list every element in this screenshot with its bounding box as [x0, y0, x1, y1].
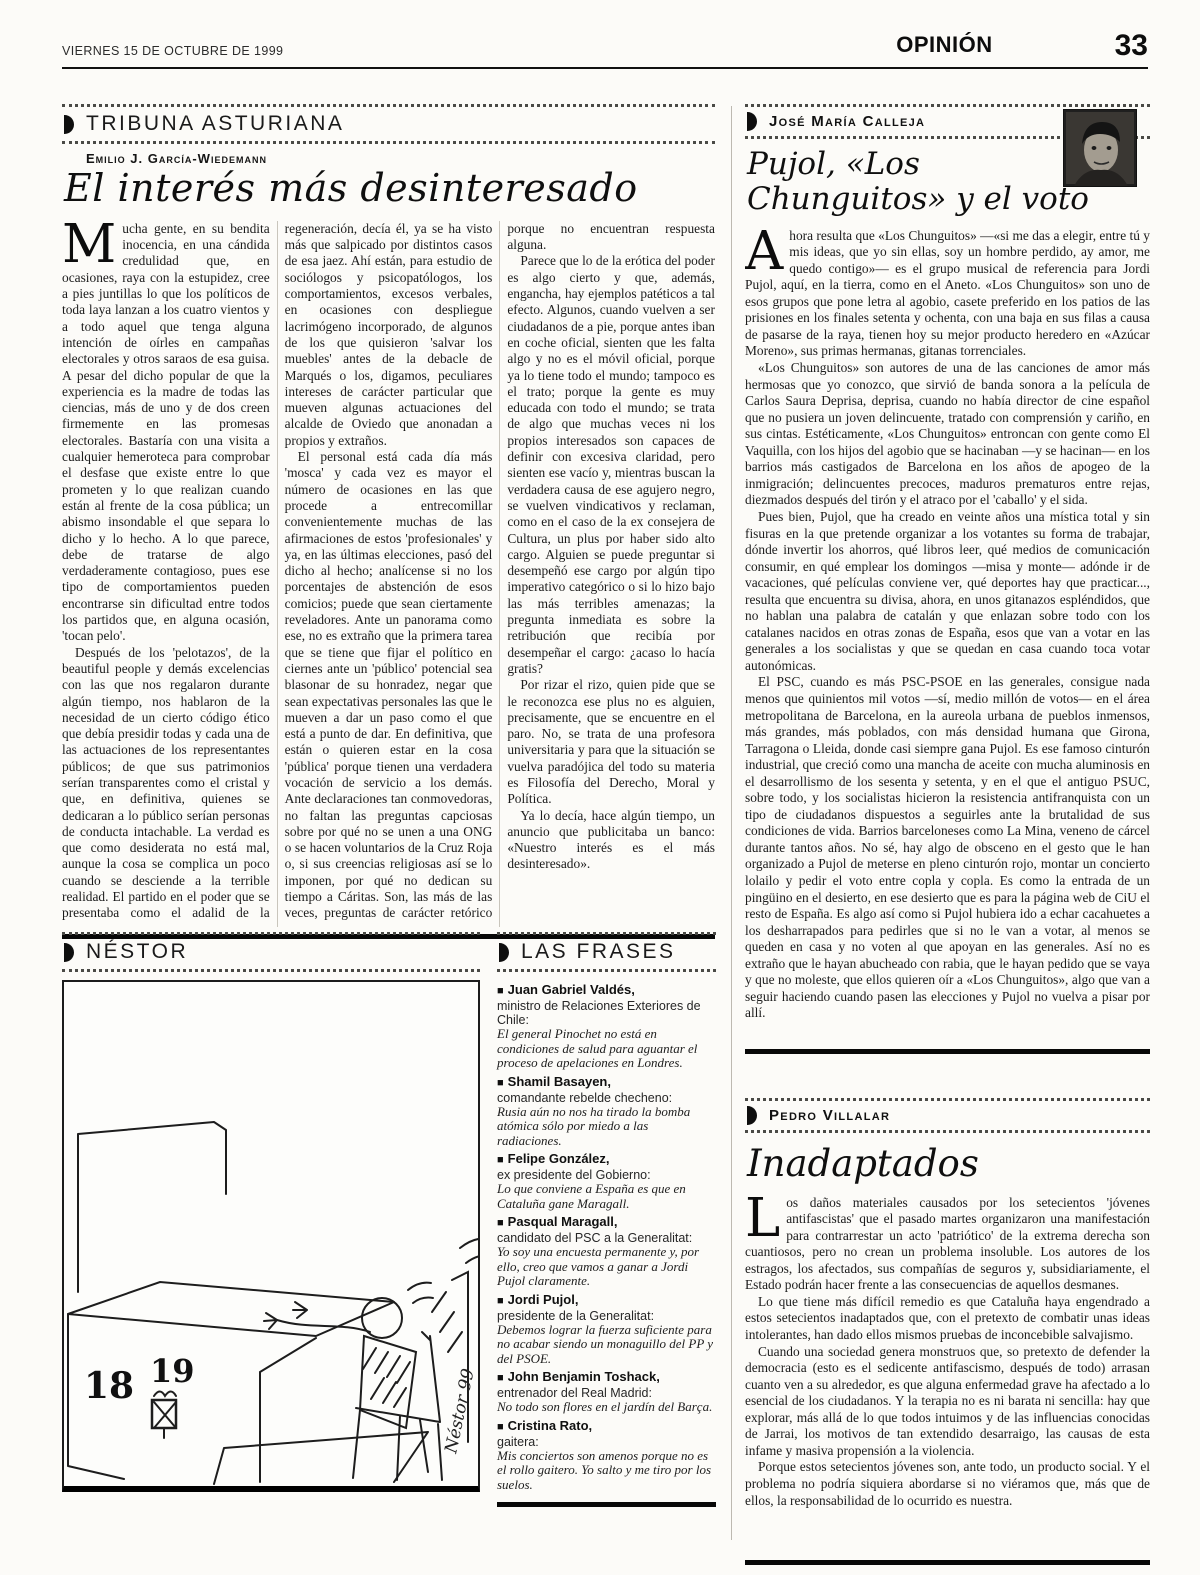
quotes-section: LAS FRASES ■Juan Gabriel Valdés, ministr…: [497, 932, 716, 1507]
kicker-villalar: Pedro Villalar: [745, 1098, 1150, 1133]
paragraph: Cuando una sociedad genera monstruos que…: [745, 1344, 1150, 1460]
article-body-villalar: Los daños materiales causados por los se…: [745, 1195, 1150, 1553]
paragraph: Mucha gente, en su bendita inocencia, en…: [62, 221, 270, 645]
quote-author-name: Pasqual Maragall,: [508, 1214, 618, 1229]
section-bullet-icon: [499, 943, 509, 962]
square-bullet-icon: ■: [497, 1295, 504, 1307]
kicker-label: NÉSTOR: [86, 940, 188, 964]
author-photo: [1064, 110, 1136, 186]
page-date: VIERNES 15 DE OCTUBRE DE 1999: [62, 44, 283, 58]
kicker-calleja-row: José María Calleja: [745, 104, 1150, 139]
headline-line: Pujol, «Los: [747, 146, 920, 182]
cartoonist-signature: Néstor 99: [441, 1367, 478, 1456]
section-and-pagenumber: OPINIÓN 33: [896, 32, 1148, 58]
square-bullet-icon: ■: [497, 1372, 504, 1384]
booth-number-18: 18: [84, 1365, 134, 1407]
page-header: VIERNES 15 DE OCTUBRE DE 1999 OPINIÓN 33: [62, 32, 1148, 69]
newspaper-page: VIERNES 15 DE OCTUBRE DE 1999 OPINIÓN 33…: [0, 0, 1200, 1575]
section-bullet-icon: [747, 1106, 757, 1125]
quote-author-name: Felipe González,: [508, 1151, 610, 1166]
quote-author-name: Cristina Rato,: [508, 1418, 593, 1433]
headline-tribuna: El interés más desinteresado: [64, 169, 715, 209]
quote-item: ■John Benjamin Toshack, entrenador del R…: [497, 1369, 716, 1415]
kicker-nestor: NÉSTOR: [62, 932, 480, 972]
quote-text: No todo son flores en el jardín del Barç…: [497, 1400, 716, 1415]
booth-number-19: 19: [150, 1352, 195, 1390]
quote-author-name: Shamil Basayen,: [508, 1074, 611, 1089]
section-rule: [745, 1049, 1150, 1054]
quote-author: ■Juan Gabriel Valdés,: [497, 982, 716, 999]
paragraph: Pues bien, Pujol, que ha creado en veint…: [745, 509, 1150, 674]
quote-text: Debemos lograr la fuerza suficiente para…: [497, 1323, 716, 1367]
article-body: Mucha gente, en su bendita inocencia, en…: [62, 221, 715, 927]
quote-author-role: presidente de la Generalitat:: [497, 1309, 716, 1323]
kicker-label: LAS FRASES: [521, 940, 676, 964]
quote-item: ■Cristina Rato, gaitera: Mis conciertos …: [497, 1418, 716, 1493]
page-number: 33: [1115, 34, 1148, 58]
opinion-column-region: José María Calleja Pujol, «LosChunguitos…: [745, 104, 1150, 1565]
quote-item: ■Pasqual Maragall, candidato del PSC a l…: [497, 1214, 716, 1289]
column-divider: [731, 106, 732, 1540]
paragraph: Lo que tiene más difícil remedio es que …: [745, 1294, 1150, 1344]
quote-author: ■Pasqual Maragall,: [497, 1214, 716, 1231]
quote-text: Mis conciertos son amenos porque no es e…: [497, 1449, 716, 1493]
paragraph: Ya lo decía, hace algún tiempo, un anunc…: [507, 808, 715, 873]
square-bullet-icon: ■: [497, 1421, 504, 1433]
quote-author: ■Felipe González,: [497, 1151, 716, 1168]
quote-author: ■John Benjamin Toshack,: [497, 1369, 716, 1386]
quote-author-role: candidato del PSC a la Generalitat:: [497, 1231, 716, 1245]
editorial-cartoon: 18 19: [62, 980, 480, 1492]
quote-text: Yo soy una encuesta permanente y, por el…: [497, 1245, 716, 1289]
headline-villalar: Inadaptados: [747, 1145, 1150, 1182]
quote-text: El general Pinochet no está en condicion…: [497, 1027, 716, 1071]
quote-text: Rusia aún no nos ha tirado la bomba atóm…: [497, 1105, 716, 1149]
paragraph: Porque estos setecientos jóvenes son, an…: [745, 1459, 1150, 1509]
square-bullet-icon: ■: [497, 1154, 504, 1166]
quote-author-role: ministro de Relaciones Exteriores de Chi…: [497, 999, 716, 1027]
section-title: OPINIÓN: [896, 32, 992, 58]
section-rule: [497, 1502, 716, 1507]
square-bullet-icon: ■: [497, 1077, 504, 1089]
quote-item: ■Juan Gabriel Valdés, ministro de Relaci…: [497, 982, 716, 1071]
paragraph: «Los Chunguitos» son autores de una de l…: [745, 360, 1150, 509]
kicker-tribuna: TRIBUNA ASTURIANA: [62, 104, 715, 144]
quote-item: ■Jordi Pujol, presidente de la Generalit…: [497, 1292, 716, 1367]
square-bullet-icon: ■: [497, 1217, 504, 1229]
headline-line: Chunguitos» y el voto: [747, 181, 1089, 217]
cartoon-section: NÉSTOR 18: [62, 932, 480, 1492]
paragraph: Parece que lo de la erótica del poder es…: [507, 253, 715, 677]
kicker-las-frases: LAS FRASES: [497, 932, 716, 972]
section-bullet-icon: [64, 115, 74, 134]
square-bullet-icon: ■: [497, 985, 504, 997]
byline-garcia-wiedemann: Emilio J. García-Wiedemann: [86, 151, 715, 166]
quote-item: ■Felipe González, ex presidente del Gobi…: [497, 1151, 716, 1211]
quote-author-name: Juan Gabriel Valdés,: [508, 982, 635, 997]
quote-author-name: John Benjamin Toshack,: [508, 1369, 660, 1384]
kicker-label: TRIBUNA ASTURIANA: [86, 112, 344, 136]
quote-author-name: Jordi Pujol,: [508, 1292, 579, 1307]
paragraph: Ahora resulta que «Los Chunguitos» —«si …: [745, 228, 1150, 360]
quote-item: ■Shamil Basayen, comandante rebelde chec…: [497, 1074, 716, 1149]
quote-author: ■Cristina Rato,: [497, 1418, 716, 1435]
quote-author-role: comandante rebelde checheno:: [497, 1091, 716, 1105]
paragraph: Por rizar el rizo, quien pide que se le …: [507, 677, 715, 807]
quote-list: ■Juan Gabriel Valdés, ministro de Relaci…: [497, 982, 716, 1492]
quote-author-role: entrenador del Real Madrid:: [497, 1386, 716, 1400]
kicker-author-name: José María Calleja: [769, 113, 925, 130]
section-rule: [745, 1560, 1150, 1565]
section-bullet-icon: [747, 112, 757, 131]
quote-author-role: ex presidente del Gobierno:: [497, 1168, 716, 1182]
quote-author-role: gaitera:: [497, 1435, 716, 1449]
kicker-author-name: Pedro Villalar: [769, 1107, 890, 1124]
quote-text: Lo que conviene a España es que en Catal…: [497, 1182, 716, 1211]
article-body-calleja: Ahora resulta que «Los Chunguitos» —«si …: [745, 228, 1150, 1042]
paragraph: Los daños materiales causados por los se…: [745, 1195, 1150, 1294]
paragraph: El PSC, cuando es más PSC-PSOE en las ge…: [745, 674, 1150, 1021]
section-bullet-icon: [64, 943, 74, 962]
quote-author: ■Jordi Pujol,: [497, 1292, 716, 1309]
quote-author: ■Shamil Basayen,: [497, 1074, 716, 1091]
article-tribuna-asturiana: TRIBUNA ASTURIANA Emilio J. García-Wiede…: [62, 104, 715, 939]
